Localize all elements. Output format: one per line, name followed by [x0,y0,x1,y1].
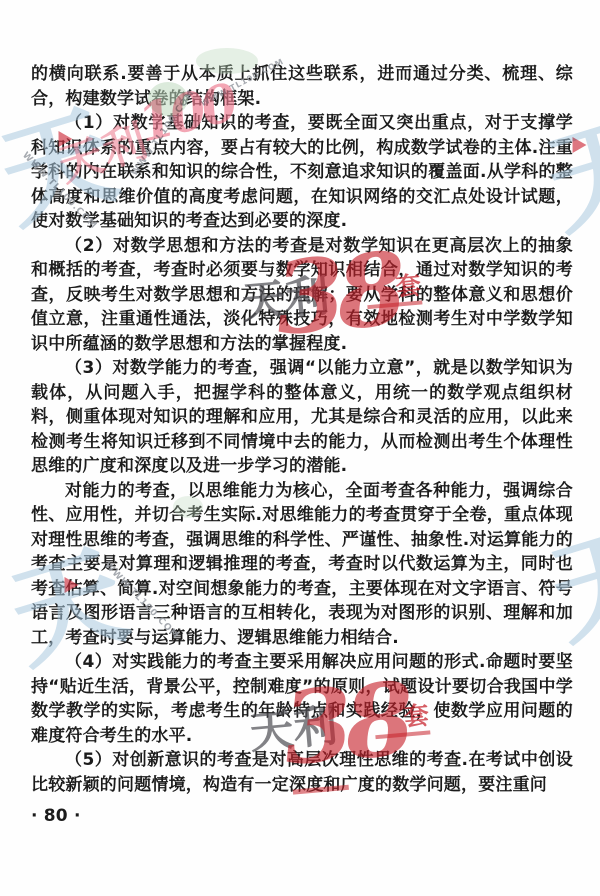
scanned-document-page: 的横向联系.要善于从本质上抓住这些联系，进而通过分类、梳理、综合，构建数学试卷的… [0,0,600,896]
body-paragraph: （4）对实践能力的考查主要采用解决应用问题的形式.命题时要坚持“贴近生活，背景公… [31,650,573,748]
body-paragraph: 的横向联系.要善于从本质上抓住这些联系，进而通过分类、梳理、综合，构建数学试卷的… [31,62,573,111]
body-paragraph: （5）对创新意识的考查是对高层次理性思维的考查.在考试中创设比较新颖的问题情境，… [31,748,573,797]
body-paragraph: 对能力的考查，以思维能力为核心，全面考查各种能力，强调综合性、应用性，并切合考生… [31,479,573,651]
body-paragraph: （2）对数学思想和方法的考查是对数学知识在更高层次上的抽象和概括的考查，考查时必… [31,234,573,357]
document-text-block: 的横向联系.要善于从本质上抓住这些联系，进而通过分类、梳理、综合，构建数学试卷的… [31,62,573,829]
body-paragraph: （3）对数学能力的考查，强调“以能力立意”，就是以数学知识为载体，从问题入手，把… [31,356,573,479]
body-paragraph: （1）对数学基础知识的考查，要既全面又突出重点，对于支撑学科知识体系的重点内容，… [31,111,573,234]
page-number: · 80 · [31,804,573,829]
